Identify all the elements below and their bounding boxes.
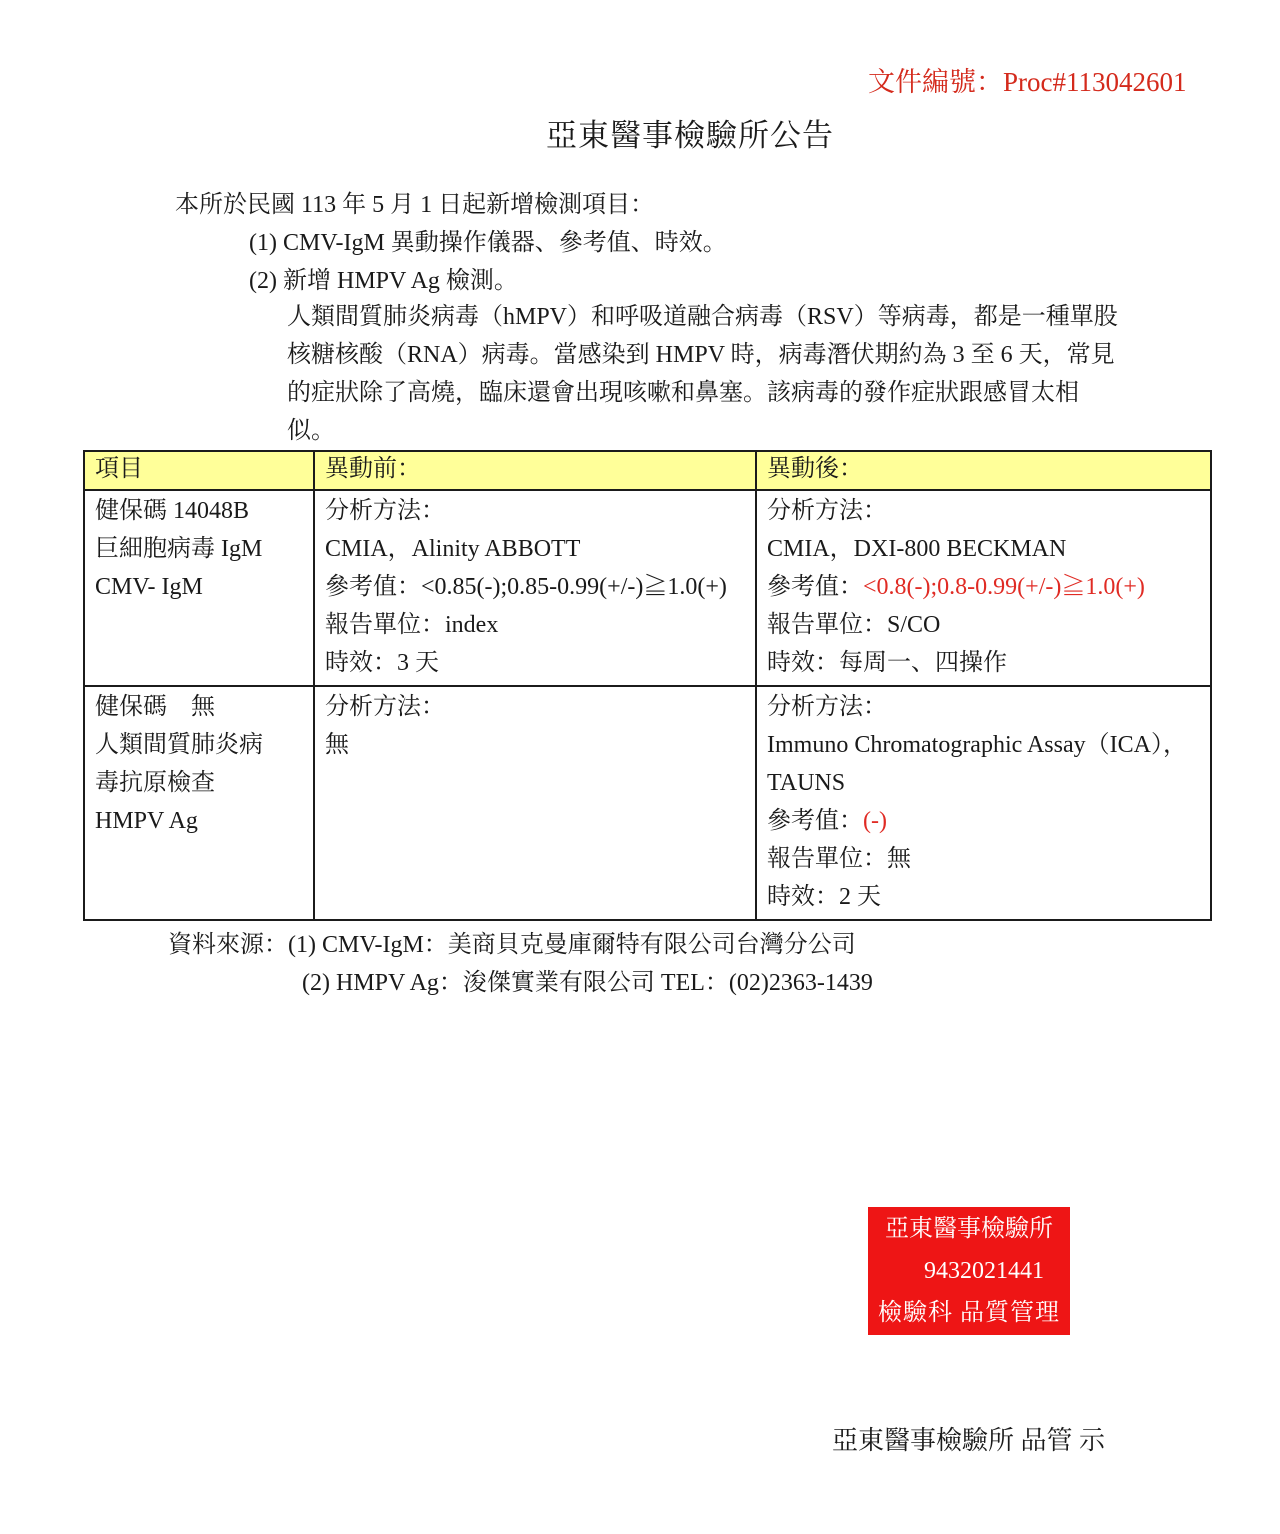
cell-line: Immuno Chromatographic Assay（ICA）， — [767, 726, 1202, 764]
cell-line: 分析方法： — [767, 492, 1202, 530]
reference-label: 參考值： — [767, 808, 863, 834]
table-row-hmpv-ag: 健保碼 無 人類間質肺炎病 毒抗原檢查 HMPV Ag 分析方法： 無 分析方法… — [84, 686, 1211, 920]
announcement-document: 文件編號：Proc#113042601 亞東醫事檢驗所公告 本所於民國 113 … — [0, 0, 1280, 1534]
doc-number: 文件編號：Proc#113042601 — [868, 60, 1187, 99]
virus-description: 人類間質肺炎病毒（hMPV）和呼吸道融合病毒（RSV）等病毒，都是一種單股 核糖… — [287, 298, 1118, 450]
cell-line: 無 — [325, 726, 747, 764]
cell-line: 分析方法： — [767, 688, 1202, 726]
intro-heading: 本所於民國 113 年 5 月 1 日起新增檢測項目： — [175, 184, 654, 219]
cell-line: 參考值：(-) — [767, 802, 1202, 840]
cell-line: 報告單位：S/CO — [767, 606, 1202, 644]
item-cell: 健保碼 14048B 巨細胞病毒 IgM CMV- IgM — [84, 490, 314, 686]
page-title: 亞東醫事檢驗所公告 — [546, 110, 834, 155]
cell-line: 參考值：<0.85(-);0.85-0.99(+/-)≧1.0(+) — [325, 568, 747, 606]
description-line: 核糖核酸（RNA）病毒。當感染到 HMPV 時，病毒潛伏期約為 3 至 6 天，… — [287, 336, 1118, 374]
cell-line: 報告單位：index — [325, 606, 747, 644]
column-header-before: 異動前： — [314, 451, 756, 490]
cell-line: CMIA，DXI-800 BECKMAN — [767, 530, 1202, 568]
change-table: 項目 異動前： 異動後： 健保碼 14048B 巨細胞病毒 IgM CMV- I… — [83, 450, 1212, 921]
cell-line: TAUNS — [767, 764, 1202, 802]
before-cell: 分析方法： 無 — [314, 686, 756, 920]
after-cell: 分析方法： Immuno Chromatographic Assay（ICA），… — [756, 686, 1211, 920]
description-line: 的症狀除了高燒，臨床還會出現咳嗽和鼻塞。該病毒的發作症狀跟感冒太相 — [287, 374, 1118, 412]
cell-line: 參考值：<0.8(-);0.8-0.99(+/-)≧1.0(+) — [767, 568, 1202, 606]
column-header-item: 項目 — [84, 451, 314, 490]
before-cell: 分析方法： CMIA，Alinity ABBOTT 參考值：<0.85(-);0… — [314, 490, 756, 686]
intro-item-1: (1) CMV-IgM 異動操作儀器、參考值、時效。 — [249, 222, 727, 257]
stamp-department: 檢驗科 品質管理 — [868, 1292, 1070, 1334]
cell-line: 人類間質肺炎病 — [95, 726, 305, 764]
cell-line: CMV- IgM — [95, 568, 305, 606]
cell-line: 巨細胞病毒 IgM — [95, 530, 305, 568]
cell-line: 時效：每周一、四操作 — [767, 644, 1202, 682]
intro-item-2: (2) 新增 HMPV Ag 檢測。 — [249, 260, 518, 295]
cell-line: 健保碼 無 — [95, 688, 305, 726]
source-line-2: (2) HMPV Ag：浚傑實業有限公司 TEL：(02)2363-1439 — [302, 962, 873, 997]
table-header-row: 項目 異動前： 異動後： — [84, 451, 1211, 490]
stamp-lab-name: 亞東醫事檢驗所 — [868, 1208, 1070, 1250]
cell-line: HMPV Ag — [95, 802, 305, 840]
lab-stamp: 亞東醫事檢驗所 9432021441 檢驗科 品質管理 — [868, 1207, 1070, 1335]
stamp-number: 9432021441 — [868, 1250, 1070, 1292]
cell-line: 健保碼 14048B — [95, 492, 305, 530]
signature-line: 亞東醫事檢驗所 品管 示 — [832, 1420, 1105, 1457]
cell-line: CMIA，Alinity ABBOTT — [325, 530, 747, 568]
reference-label: 參考值： — [767, 574, 863, 600]
cell-line: 分析方法： — [325, 688, 747, 726]
cell-line: 時效：3 天 — [325, 644, 747, 682]
table-row-cmv-igm: 健保碼 14048B 巨細胞病毒 IgM CMV- IgM 分析方法： CMIA… — [84, 490, 1211, 686]
cell-line: 時效：2 天 — [767, 878, 1202, 916]
description-line: 人類間質肺炎病毒（hMPV）和呼吸道融合病毒（RSV）等病毒，都是一種單股 — [287, 298, 1118, 336]
changed-reference-value: (-) — [863, 808, 887, 834]
source-line-1: 資料來源：(1) CMV-IgM：美商貝克曼庫爾特有限公司台灣分公司 — [168, 924, 856, 959]
description-line: 似。 — [287, 412, 1118, 450]
changed-reference-value: <0.8(-);0.8-0.99(+/-)≧1.0(+) — [863, 574, 1145, 600]
after-cell: 分析方法： CMIA，DXI-800 BECKMAN 參考值：<0.8(-);0… — [756, 490, 1211, 686]
item-cell: 健保碼 無 人類間質肺炎病 毒抗原檢查 HMPV Ag — [84, 686, 314, 920]
cell-line: 分析方法： — [325, 492, 747, 530]
cell-line: 報告單位：無 — [767, 840, 1202, 878]
column-header-after: 異動後： — [756, 451, 1211, 490]
cell-line: 毒抗原檢查 — [95, 764, 305, 802]
